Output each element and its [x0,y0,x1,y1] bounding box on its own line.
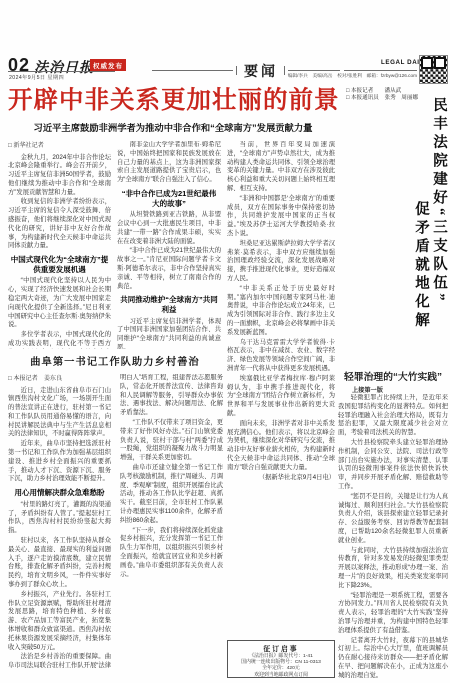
article-paragraph: 驻村以来，各工作队坚持从群众最关心、最直接、最现实的利益问题入手，逐户走访摸清底… [8,537,111,590]
notice-line: 欢迎到当地邮政网点订阅 [231,673,331,679]
article-subhead: 中国式现代化为“全球南方”提供重要发展机遇 [10,255,109,274]
secondary-article-body: □ 本报记者 姜东良近日，走进山东省曲阜市石门山镇西焦沟村文化广场，一场别开生面… [8,374,223,676]
header-rule-left [8,71,115,72]
header-rule-center-right [288,70,340,71]
article-byline: □ 本报记者 姜东良 [8,375,111,384]
continued-from-page-one-label: 上接第一版 [338,385,448,394]
section-title: 要闻 [239,61,283,81]
article-paragraph: “下一步，我们将持续深化抓党建促乡村振兴，充分发挥第一书记工作队生力军作用，以组… [120,527,223,580]
article-source-credit: （据新华社北京9月4日电） [227,474,335,483]
notice-title: 征订启事 [231,643,331,653]
article-paragraph: “工作队不仅带来了项目资金，更带来了好作风好办法。”石门山镇党委负责人说，驻村干… [120,419,223,463]
secondary-article-headline: 曲阜第一书记工作队助力乡村善治 [8,353,222,368]
masthead-badge: 权威发布 [90,59,126,71]
subscription-notice-box: 征订启事 《法治日报》邮发代号：1-41国内统一连续出版物号：CN 11-031… [227,640,335,678]
article-paragraph: “惩罚不是目的，关键是让行为人真诚悔过、顺利回归社会。”大竹县检察院负责人介绍，… [338,493,448,546]
article-paragraph: 曲阜市还建立健全第一书记工作队考核激励机制，推行“周碰头、月调度、季观摩”制度，… [120,464,223,526]
header-rule-center-left [152,70,233,71]
article-paragraph: 坦桑尼亚达累斯萨拉姆大学学者汉弗莱·莫希表示，非中双方应继续加强治国理政经验交流… [227,240,335,284]
lead-article-column-3: 当前，世界百年变局加速演进，“全球南方”声势卓然壮大，成为推动构建人类命运共同体… [227,141,335,633]
continued-article-body: 轻微犯罪占比持续上升，是近年来我国犯罪结构变化的显著特点。如何把轻罪治理融入社会… [338,394,448,678]
article-paragraph: 面向未来，非洲学者对非中关系发展充满信心。他们表示，将以北京峰会为契机，继续深化… [227,420,335,473]
article-paragraph: 习近平主席复信非洲学者，体现了中国同非洲国家加强团结合作、共同维护“全球南方”共… [117,318,221,349]
lead-article-headline: 开辟中非关系更加壮丽的前景 [8,86,338,115]
article-paragraph: 金秋九月，2024年中非合作论坛北京峰会隆重举行。峰会召开前夕，习近平主席复信非… [8,154,111,198]
article-paragraph: “村里的路灯亮了，灌溉的沟渠通了，矛盾纠纷有人管了。”提起驻村工作队，西焦沟村村… [8,501,111,536]
article-paragraph: 近年来，曲阜市坚持把选派驻村第一书记和工作队作为加强基层组织建设、推进乡村全面振… [8,440,111,484]
article-subhead: 用心用情解决群众急难愁盼 [10,488,109,498]
lead-article-column-1: □ 新华社记者金秋九月，2024年中非合作论坛北京峰会隆重举行。峰会召开前夕，习… [8,141,111,349]
newspaper-page: 02 法治日报 权威发布 2024年9月5日 星期四 要闻 LEGAL DAIL… [0,0,450,683]
article-byline: □ 新华社记者 [8,142,111,151]
article-paragraph: 南非金山大学学者加里布·姆希尼说，中国始终把国家和民族发展放在自己力量的基点上，… [117,141,221,185]
lead-article-column-2: 南非金山大学学者加里布·姆希尼说，中国始终把国家和民族发展放在自己力量的基点上，… [117,141,221,349]
article-paragraph: 当前，世界百年变局加速演进，“全球南方”声势卓然壮大，成为推动构建人类命运共同体… [227,141,335,194]
article-paragraph: “非洲和中国都是‘全球南方’的重要成员，双方在国际事务中保持密切协作，共同维护发… [227,195,335,239]
article-paragraph: “中非关系正处于历史最好时期。”塞内加尔中国问题专家阿马杜·迪奥普说，中非合作论… [227,285,335,338]
page-number: 02 [8,55,30,76]
vertical-headline-line-2: 促矛盾就地化解 [412,97,430,349]
article-paragraph: 从坦赞铁路到亚吉铁路，从非盟会议中心到一大批惠民生项目，中非共建“一带一路”合作… [117,211,221,246]
article-subhead: 共同推动维护“全球南方”共同利益 [119,295,219,314]
lead-article-subtitle: 习近平主席鼓励非洲学者为推动中非合作和“全球南方”发展贡献力量 [8,120,338,134]
article-paragraph: 乌干达马克雷雷大学学者彼得·卡格瓦表示，非中在减贫、农业、数字经济、绿色发展等领… [227,339,335,374]
article-paragraph: 收到复信的非洲学者纷纷表示，习近平主席的复信令人深受鼓舞、倍感振奋，他们将继续深… [8,198,111,251]
article-paragraph: 与此同时，大竹县持续加强法治宣传教育，针对多发易发的轻微犯罪类型开展以案释法，推… [338,547,448,591]
article-paragraph: “中国式现代化坚持以人民为中心，实现了经济快速发展和社会长期稳定两大奇迹，为广大… [8,277,111,330]
article-paragraph: 乡村振兴，产业先行。各驻村工作队立足资源禀赋，帮助所驻村理清发展思路，培育特色种… [8,591,111,653]
article-paragraph: 多位学者表示，中国式现代化的成功实践表明，现代化不等于西方化，各国完全可以走出一… [8,331,111,349]
article-paragraph: 轻微犯罪占比持续上升，是近年来我国犯罪结构变化的显著特点。如何把轻罪治理融入社会… [338,394,448,438]
notice-lines: 《法治日报》邮发代号：1-41国内统一连续出版物号：CN 11-0313全年定价… [231,654,331,679]
continued-article-headline: 轻罪治理的“大竹实践” [338,369,448,383]
article-subhead: “非中合作已成为21世纪最伟大的故事” [119,189,219,208]
court-article-vertical-headline: 民丰法院建好“三支队伍” 促矛盾就地化解 [410,97,448,349]
article-paragraph: 记者离开大竹时，夜幕下的县城华灯初上。综治中心大厅里，值班调解员仍在耐心接待来访… [338,637,448,678]
article-paragraph: 埃塞俄比亚学者梅拉库·穆卢阿莱姆认为，非中携手推进现代化，将为“全球南方”团结合… [227,375,335,419]
article-paragraph: “非中合作已成为21世纪最伟大的故事之一。”肯尼亚国际问题学者卡文斯·阿德希尔表… [117,247,221,291]
editor-credits: 编辑/李兵 美编/高岳 校对/张胜利 邮箱：fzrbyw@126.com [280,73,417,79]
header-rule-right [344,70,417,71]
court-article-byline-reporter: □ 本报记者 潘从武 [346,88,444,95]
qr-code-icon [419,55,448,84]
article-paragraph: “轻罪治理是一项系统工程，需要各方协同发力。”四川省人民检察院有关负责人表示，轻… [338,592,448,636]
vertical-headline-line-1: 民丰法院建好“三支队伍” [430,97,448,349]
article-paragraph: 近日，走进山东省曲阜市石门山镇西焦沟村文化广场，一场别开生面的普法宣讲正在进行，… [8,387,111,440]
header-rule-tick [236,66,237,75]
article-paragraph: 大竹县检察院牵头建立轻罪治理协作机制，会同公安、法院、司法行政等部门出台实施办法… [338,439,448,492]
date-line: 2024年9月5日 星期四 [9,74,64,81]
